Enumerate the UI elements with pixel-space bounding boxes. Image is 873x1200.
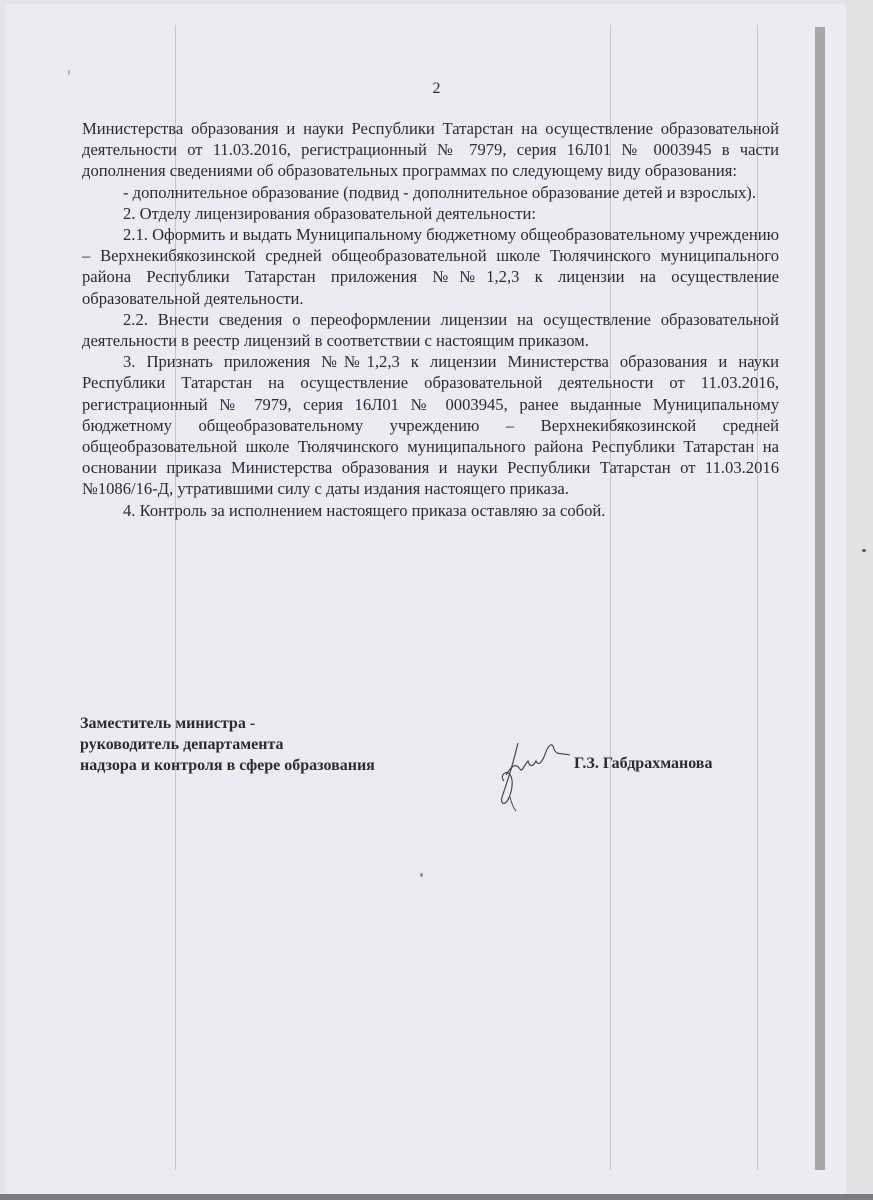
paragraph-license-reference: Министерства образования и науки Республ… <box>82 118 779 182</box>
paragraph-item-2-2: 2.2. Внести сведения о переоформлении ли… <box>82 309 779 351</box>
page-number: 2 <box>0 80 873 98</box>
document-body: Министерства образования и науки Республ… <box>82 118 779 521</box>
signatory-title-line: надзора и контроля в сфере образования <box>80 755 375 776</box>
scan-speck <box>862 549 866 552</box>
scan-margin <box>846 0 873 1200</box>
paragraph-item-2-1: 2.1. Оформить и выдать Муниципальному бю… <box>82 224 779 309</box>
scan-shadow-bar <box>815 27 825 1170</box>
signatory-name: Г.З. Габдрахманова <box>574 755 712 773</box>
paragraph-item-3: 3. Признать приложения №№1,2,3 к лицензи… <box>82 351 779 499</box>
signatory-title-line: Заместитель министра - <box>80 713 375 734</box>
scan-speck <box>68 70 70 75</box>
paragraph-education-type: - дополнительное образование (подвид - д… <box>82 182 779 203</box>
handwritten-signature-icon <box>490 735 580 815</box>
paragraph-item-2: 2. Отделу лицензирования образовательной… <box>82 203 779 224</box>
signatory-title: Заместитель министра - руководитель депа… <box>80 713 375 776</box>
scan-speck <box>420 873 423 877</box>
signatory-title-line: руководитель департамента <box>80 734 375 755</box>
paragraph-item-4: 4. Контроль за исполнением настоящего пр… <box>82 500 779 521</box>
scan-bottom-edge <box>0 1194 873 1200</box>
